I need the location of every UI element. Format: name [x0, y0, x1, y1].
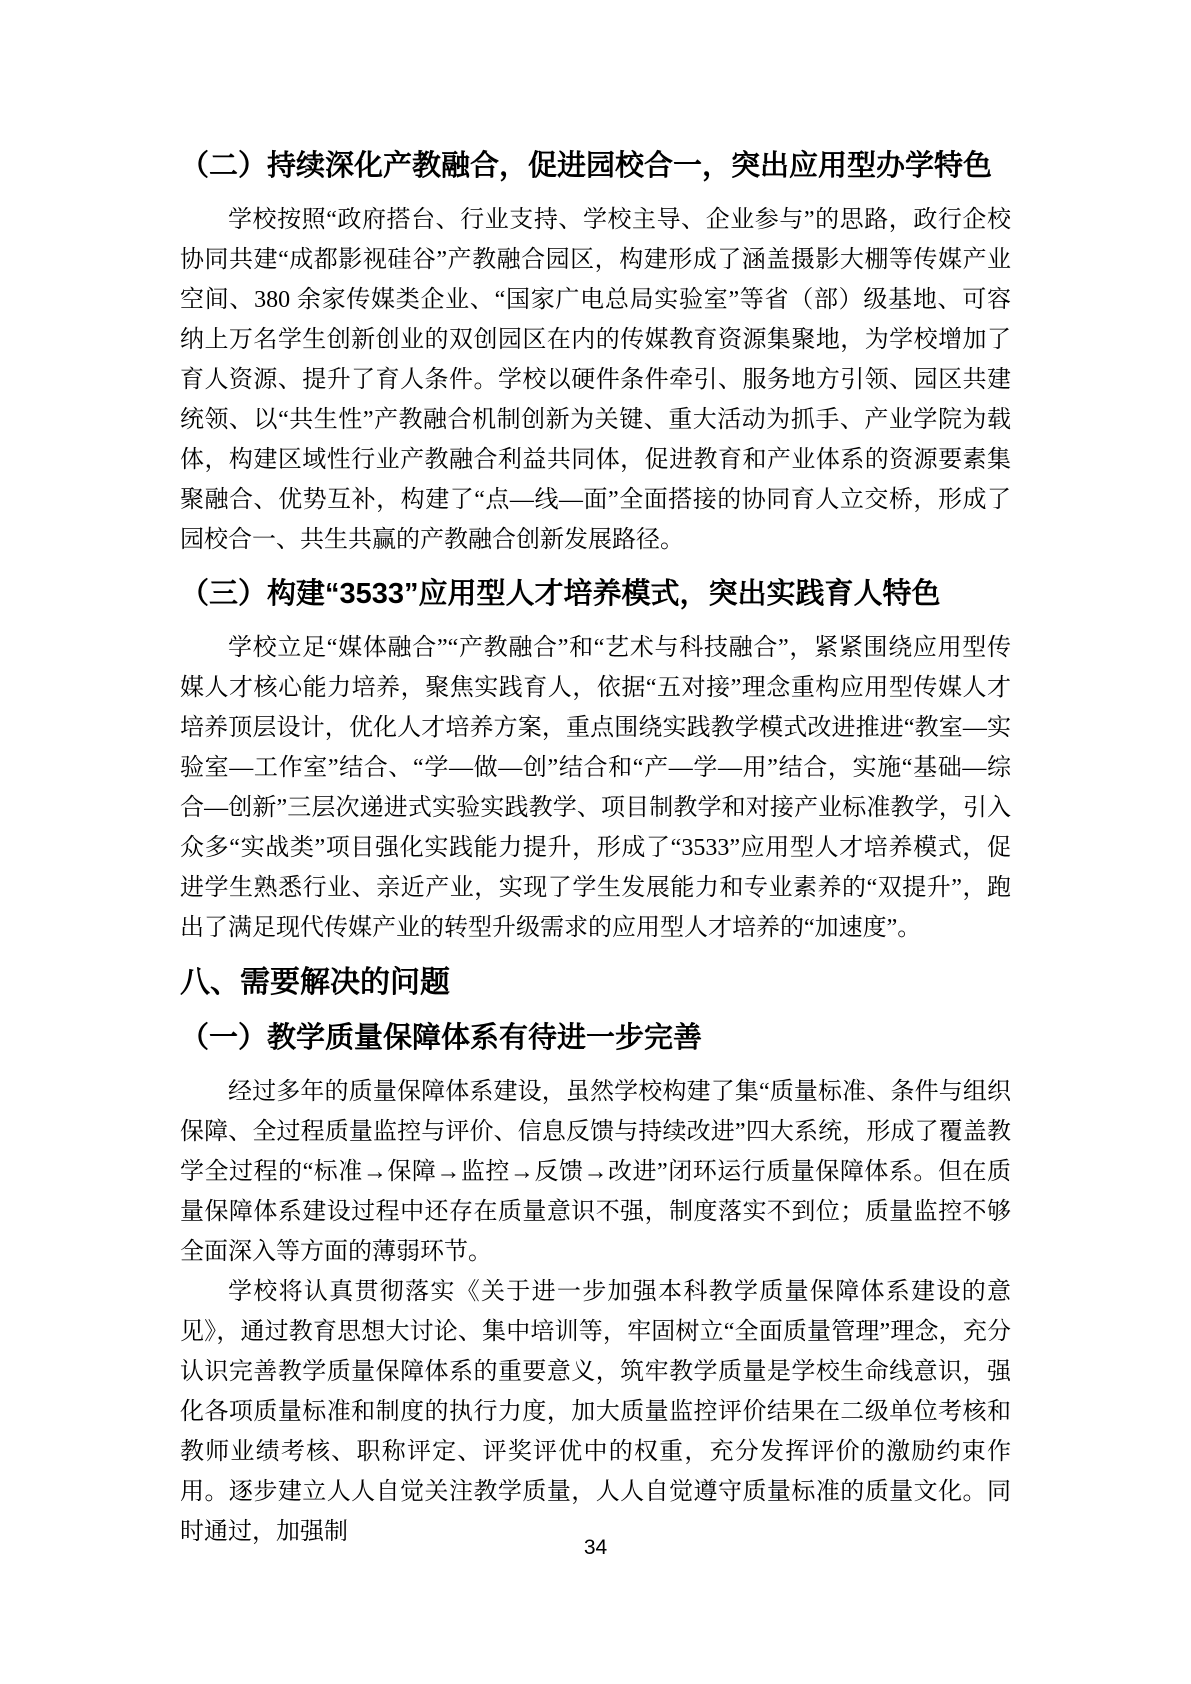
- paragraph-quality-system-issues: 经过多年的质量保障体系建设，虽然学校构建了集“质量标准、条件与组织保障、全过程质…: [180, 1072, 1011, 1272]
- document-page: （二）持续深化产教融合，促进园校合一，突出应用型办学特色 学校按照“政府搭台、行…: [0, 0, 1191, 1684]
- section-heading-1: （一）教学质量保障体系有待进一步完善: [180, 1018, 1011, 1058]
- paragraph-quality-system-measures: 学校将认真贯彻落实《关于进一步加强本科教学质量保障体系建设的意见》，通过教育思想…: [180, 1272, 1011, 1552]
- section-heading-2: （二）持续深化产教融合，促进园校合一，突出应用型办学特色: [180, 146, 1011, 186]
- page-content: （二）持续深化产教融合，促进园校合一，突出应用型办学特色 学校按照“政府搭台、行…: [180, 146, 1011, 1552]
- section-heading-3: （三）构建“3533”应用型人才培养模式，突出实践育人特色: [180, 574, 1011, 614]
- chapter-heading-8: 八、需要解决的问题: [180, 962, 1011, 1004]
- paragraph-industry-education: 学校按照“政府搭台、行业支持、学校主导、企业参与”的思路，政行企校协同共建“成都…: [180, 200, 1011, 560]
- paragraph-talent-model-3533: 学校立足“媒体融合”“产教融合”和“艺术与科技融合”，紧紧围绕应用型传媒人才核心…: [180, 628, 1011, 948]
- page-number: 34: [0, 1534, 1191, 1562]
